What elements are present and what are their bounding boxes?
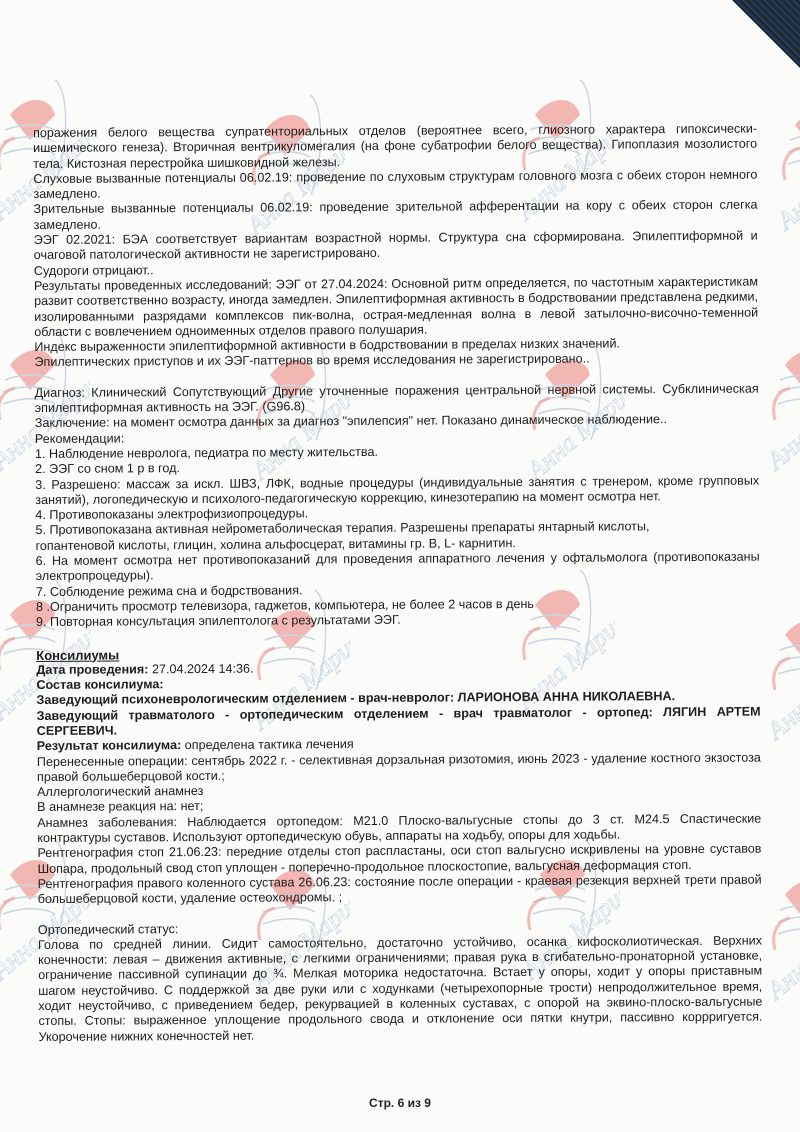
council-detail: Анамнез заболевания: Наблюдается ортопед… [37,811,761,846]
council-result-value: определена тактика лечения [185,737,354,752]
document-page: поражения белого вещества супратенториал… [33,122,763,1045]
exam-paragraph: ЭЭГ 02.2021: БЭА соответствует вариантам… [34,229,758,264]
recommendations-list: 1. Наблюдение невролога, педиатра по мес… [35,443,760,631]
svg-text:Анна Мария: Анна Мария [760,897,800,1006]
page-number: Стр. 6 из 9 [0,1096,800,1110]
council-date-label: Дата проведения: [36,662,148,677]
exam-paragraph: поражения белого вещества супратенториал… [33,122,757,172]
exam-paragraph: Зрительные вызванные потенциалы 06.02.19… [33,198,757,233]
svg-text:Анна Мария: Анна Мария [760,637,800,746]
recommendation-item: 6. На момент осмотра нет противопоказани… [36,550,760,585]
council-detail: Рентгенография стоп 21.06.23: передние о… [37,842,761,877]
watermark-stamp-icon: Анна Мария [755,80,800,250]
council-members: Заведующий психоневрологическим отделени… [36,689,760,739]
council-details: Перенесенные операции: сентябрь 2022 г. … [37,750,762,907]
exam-paragraph: Слуховые вызванные потенциалы 06.02.19: … [33,167,757,202]
exam-paragraph: Результаты проведенных исследований: ЭЭГ… [34,275,758,341]
council-detail: Рентгенография правого коленного сустава… [38,873,762,908]
recommendation-item: 3. Разрешено: массаж за искл. ШВЗ, ЛФК, … [35,473,759,508]
council-result-label: Результат консилиума: [37,738,182,753]
ortho-status-text: Голова по средней линии. Сидит самостоят… [38,933,763,1044]
council-date-value: 27.04.2024 14:36. [152,661,254,676]
svg-text:Анна Мария: Анна Мария [770,127,800,236]
diagnosis: Диагноз: Клинический Сопутствующий Други… [35,381,759,416]
svg-text:Анна Мария: Анна Мария [760,367,800,476]
council-member: Заведующий травматолого - ортопедическим… [37,704,761,739]
council-detail: Перенесенные операции: сентябрь 2022 г. … [37,750,761,785]
exam-results-section: поражения белого вещества супратенториал… [33,122,758,371]
